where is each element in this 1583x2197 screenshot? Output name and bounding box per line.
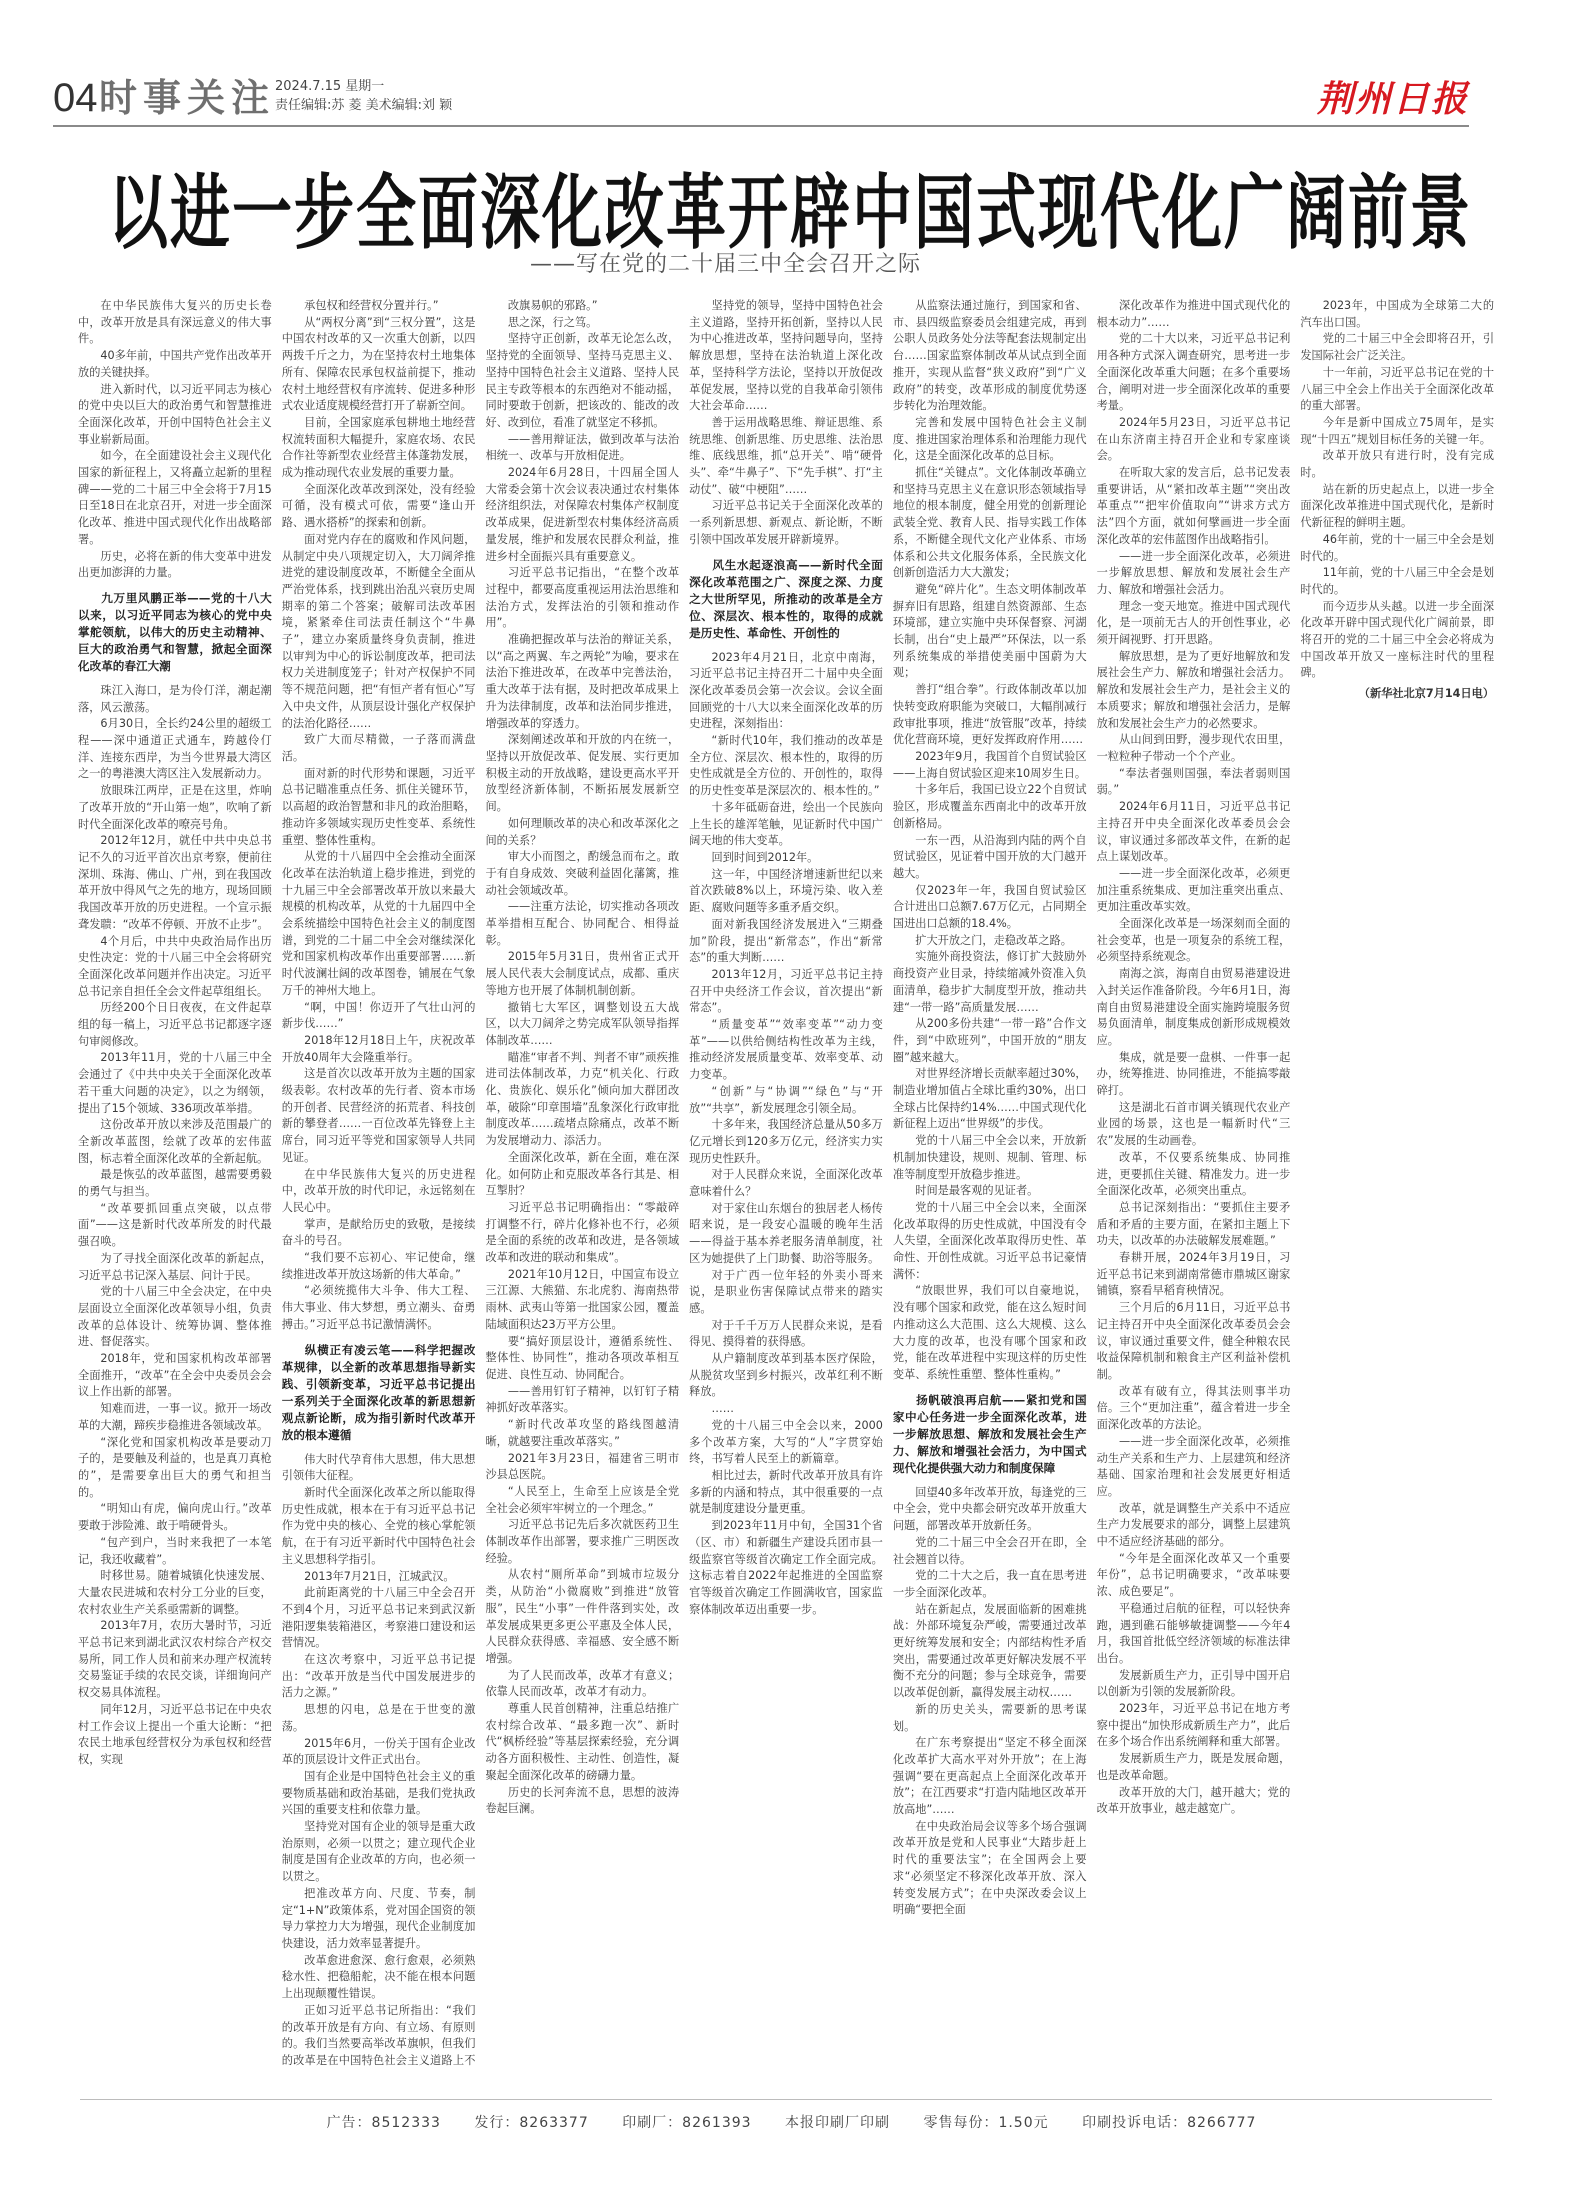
paragraph: 发展新质生产力，既是发展命题，也是改革命题。 (1097, 1751, 1291, 1784)
paragraph: 从农村“厕所革命”到城市垃圾分类，从防治“小微腐败”到推进“放管服”，民生“小事… (485, 1567, 679, 1667)
paragraph: 2023年9月，我国首个自贸试验区——上海自贸试验区迎来10周岁生日。 (893, 749, 1087, 782)
paragraph: “新时代10年，我们推动的改革是全方位、深层次、根本性的，取得的历史性成就是全方… (689, 733, 883, 800)
paragraph: 从山间到田野，漫步现代农田里，一粒粒种子带动一个个产业。 (1097, 732, 1291, 765)
paragraph: 审大小而图之，酌缓急而布之。敢于有自身成效、突破利益固化藩篱，推动社会领域改革。 (485, 849, 679, 899)
paragraph: 2021年3月23日，福建省三明市沙县总医院。 (485, 1451, 679, 1484)
paragraph: 承包权和经营权分置并行。” (282, 298, 476, 315)
paragraph: 改革开放只有进行时，没有完成时。 (1300, 448, 1494, 481)
paragraph: 撤销七大军区，调整划设五大战区，以大刀阔斧之势完成军队领导指挥体制改革…… (485, 1000, 679, 1050)
paragraph: 2024年6月11日，习近平总书记主持召开中央全面深化改革委员会会议，审议通过多… (1097, 799, 1291, 866)
paragraph: 党的十八届三中全会决定，在中央层面设立全面深化改革领导小组，负责改革的总体设计、… (78, 1284, 272, 1351)
footer-printer-note: 本报印刷厂印刷 (785, 2115, 890, 2131)
paragraph: 平稳通过启航的征程，可以轻快奔跑，遇到礁石能够敏捷调整——今年4月，我国首批低空… (1097, 1601, 1291, 1668)
paragraph: 最是恢弘的改革蓝图，越需要勇毅的勇气与担当。 (78, 1167, 272, 1200)
footer-complaint-phone: 印刷投诉电话：8266777 (1082, 2115, 1256, 2131)
paragraph: 而今迈步从头越。以进一步全面深化改革开辟中国式现代化广阔前景，即将召开的党的二十… (1300, 599, 1494, 683)
paragraph: 全面深化改革，新在全面，难在深化。如何防止和克服改革各行其是、相互掣肘？ (485, 1150, 679, 1200)
newspaper-logo: 荆州日报 (1317, 75, 1469, 123)
paragraph: 思之深，行之笃。 (485, 315, 679, 332)
article-dateline: （新华社北京7月14日电） (1300, 686, 1494, 703)
paragraph: 十一年前，习近平总书记在党的十八届三中全会上作出关于全面深化改革的重大部署。 (1300, 365, 1494, 415)
paragraph: 时间是最客观的见证者。 (893, 1183, 1087, 1200)
paragraph: 党的十八届三中全会以来，2000多个改革方案，大写的“人”字贯穿始终，书写着人民… (689, 1418, 883, 1468)
paragraph: 对于广西一位年轻的外卖小哥来说，是职业伤害保障试点带来的踏实感。 (689, 1268, 883, 1318)
paragraph: ——进一步全面深化改革，必须更加注重系统集成、更加注重突出重点、更加注重改革实效… (1097, 866, 1291, 916)
paragraph: 正如习近平总书记所指出：“我们的改革开放是有方向、有立场、有原则的。我们当然要高… (282, 2003, 476, 2068)
paragraph: “包产到户，当时来我把了一本笔记，我还收藏着”。 (78, 1535, 272, 1568)
paragraph: 南海之滨，海南自由贸易港建设进入封关运作准备阶段。今年6月1日，海南自由贸易港建… (1097, 966, 1291, 1050)
paragraph: 2013年11月，党的十八届三中全会通过了《中共中央关于全面深化改革若干重大问题… (78, 1050, 272, 1117)
paragraph: 2021年10月12日，中国宣布设立三江源、大熊猫、东北虎豹、海南热带雨林、武夷… (485, 1267, 679, 1334)
paragraph: ——进一步全面深化改革，必须进一步解放思想、解放和发展社会生产力、解放和增强社会… (1097, 549, 1291, 599)
paragraph: 发展新质生产力，正引导中国开启以创新为引领的发展新阶段。 (1097, 1668, 1291, 1701)
paragraph: 目前，全国家庭承包耕地土地经营权流转面积大幅提升，家庭农场、农民合作社等新型农业… (282, 415, 476, 482)
paragraph: 扩大开放之门，走稳改革之路。 (893, 933, 1087, 950)
paragraph: “创新”与“协调”“绿色”与“开放”“共享”，新发展理念引领全局。 (689, 1084, 883, 1117)
paragraph: “改革要抓回重点突破，以点带面”——这是新时代改革所发的时代最强召唤。 (78, 1201, 272, 1251)
paragraph: “啊，中国！你迈开了气壮山河的新步伐……” (282, 1000, 476, 1033)
paragraph: 40多年前，中国共产党作出改革开放的关键抉择。 (78, 348, 272, 381)
paragraph: “人民至上，生命至上应该是全党全社会必须牢牢树立的一个理念。” (485, 1484, 679, 1517)
paragraph: “明知山有虎，偏向虎山行。”改革要敢于涉险滩、敢于啃硬骨头。 (78, 1501, 272, 1534)
text-column: 深化改革作为推进中国式现代化的根本动力”……党的二十大以来，习近平总书记利用各种… (1097, 298, 1291, 2068)
text-column: 从监察法通过施行，到国家和省、市、县四级监察委员会组建完成，再到公职人员政务处分… (893, 298, 1087, 2068)
paragraph: 放眼珠江两岸，正是在这里，炸响了改革开放的“开山第一炮”，吹响了新时代全面深化改… (78, 783, 272, 833)
paragraph: 相比过去，新时代改革开放具有许多新的内涵和特点，其中很重要的一点就是制度建设分量… (689, 1468, 883, 1518)
paragraph: 4个月后，中共中央政治局作出历史性决定：党的十八届三中全会将研究全面深化改革问题… (78, 934, 272, 1001)
masthead: 04 时事关注 2024.7.15 星期一 责任编辑:苏 菱 美术编辑:刘 颖 … (53, 75, 1469, 125)
paragraph: 这份改革开放以来涉及范围最广的全新改革蓝图，绘就了改革的宏伟蓝图，标志着全面深化… (78, 1117, 272, 1167)
paragraph: 仅2023年一年，我国自贸试验区合计进出口总额7.67万亿元，占同期全国进出口总… (893, 883, 1087, 933)
section-subheading: 九万里风鹏正举——党的十八大以来，以习近平同志为核心的党中央掌舵领航，以伟大的历… (78, 590, 272, 675)
paragraph: 回望40多年改革开放，每逢党的三中全会，党中央都会研究改革开放重大问题，部署改革… (893, 1485, 1087, 1535)
paragraph: “今年是全面深化改革又一个重要年份”，总书记明确要求，“改革味要浓、成色要足”。 (1097, 1551, 1291, 1601)
paragraph: 党的十八届三中全会以来，开放新机制加快建设，规则、规制、管理、标准等制度型开放稳… (893, 1133, 1087, 1183)
paragraph: 在中央政治局会议等多个场合强调改革开放是党和人民事业“大踏步赶上时代的重要法宝”… (893, 1819, 1087, 1919)
paragraph: 进入新时代，以习近平同志为核心的党中央以巨大的政治勇气和智慧推进全面深化改革，开… (78, 382, 272, 449)
paragraph: 2013年7月21日，江城武汉。 (282, 1569, 476, 1586)
paragraph: 历经200个日日夜夜，在文件起草组的每一稿上，习近平总书记都逐字逐句审阅修改。 (78, 1000, 272, 1050)
section-subheading: 扬帆破浪再启航——紧扣党和国家中心任务进一步全面深化改革，进一步解放思想、解放和… (893, 1392, 1087, 1477)
paragraph: 到2023年11月中旬，全国31个省（区、市）和新疆生产建设兵团市县一级监察官等… (689, 1518, 883, 1618)
paragraph: 为了寻找全面深化改革的新起点，习近平总书记深入基层、问计于民。 (78, 1251, 272, 1284)
paragraph: 改革开放的大门，越开越大；党的改革开放事业，越走越宽广。 (1097, 1785, 1291, 1818)
paragraph: 回到时间到2012年。 (689, 850, 883, 867)
paragraph: 善打“组合拳”。行政体制改革以加快转变政府职能为突破口，大幅削减行政审批事项，推… (893, 682, 1087, 749)
paragraph: 从200多份共建“一带一路”合作文件，到“中欧班列”，中国开放的“朋友圈”越来越… (893, 1016, 1087, 1066)
paragraph: 习近平总书记先后多次就医药卫生体制改革作出部署，要求推广三明医改经验。 (485, 1517, 679, 1567)
paragraph: 一东一西，从沿海到内陆的两个自贸试验区，见证着中国开放的大门越开越大。 (893, 833, 1087, 883)
paragraph: 善于运用战略思维、辩证思维、系统思维、创新思维、历史思维、法治思维、底线思维，抓… (689, 415, 883, 499)
paragraph: 46年前，党的十一届三中全会是划时代的。 (1300, 532, 1494, 565)
paragraph: 思想的闪电，总是在于世变的激荡。 (282, 1702, 476, 1735)
paragraph: 坚持党对国有企业的领导是重大政治原则，必须一以贯之；建立现代企业制度是国有企业改… (282, 1819, 476, 1886)
paragraph: 国有企业是中国特色社会主义的重要物质基础和政治基础，是我们党执政兴国的重要支柱和… (282, 1769, 476, 1819)
paragraph: 十多年来，我国经济总量从50多万亿元增长到120多万亿元，经济实力实现历史性跃升… (689, 1117, 883, 1167)
paragraph: 面对新的时代形势和课题，习近平总书记瞄准重点任务、抓住关键环节，以高超的政治智慧… (282, 766, 476, 850)
paragraph: 为了人民而改革，改革才有意义；依靠人民而改革，改革才有动力。 (485, 1668, 679, 1701)
paragraph: 在中华民族伟大复兴的历史进程中，改革开放的时代印记，永远铭刻在人民心中。 (282, 1167, 476, 1217)
paragraph: 三个月后的6月11日，习近平总书记主持召开中央全面深化改革委员会会议，审议通过重… (1097, 1300, 1291, 1384)
text-column: 坚持党的领导，坚持中国特色社会主义道路，坚持开拓创新，坚持以人民为中心推进改革，… (689, 298, 883, 2068)
paragraph: 历史，必将在新的伟大变革中进发出更加澎湃的力量。 (78, 549, 272, 582)
paragraph: 掌声，是献给历史的致敬，是接续奋斗的号召。 (282, 1217, 476, 1250)
paragraph: 实施外商投资法，修订扩大鼓励外商投资产业目录，持续缩减外资准入负面清单，稳步扩大… (893, 949, 1087, 1016)
paragraph: 抓住“关键点”。文化体制改革确立和坚持马克思主义在意识形态领域指导地位的根本制度… (893, 465, 1087, 582)
paragraph: 深化改革作为推进中国式现代化的根本动力”…… (1097, 298, 1291, 331)
paragraph: 站在新的历史起点上，以进一步全面深化改革推进中国式现代化，是新时代新征程的鲜明主… (1300, 482, 1494, 532)
paragraph: 改旗易帜的邪路。” (485, 298, 679, 315)
paragraph: 今年是新中国成立75周年，是实现“十四五”规划目标任务的关键一年。 (1300, 415, 1494, 448)
paragraph: 这一年，中国经济增速新世纪以来首次跌破8%以上，环境污染、收入差距、腐败问题等多… (689, 867, 883, 917)
paragraph: 对于千千万万人民群众来说，是看得见、摸得着的获得感。 (689, 1318, 883, 1351)
paragraph: 2023年，习近平总书记在地方考察中提出“加快形成新质生产力”，此后在多个场合作… (1097, 1701, 1291, 1751)
text-column: 承包权和经营权分置并行。”从“两权分离”到“三权分置”，这是中国农村改革的又一次… (282, 298, 476, 2068)
paragraph: 2013年12月，习近平总书记主持召开中央经济工作会议，首次提出“新常态”。 (689, 967, 883, 1017)
paragraph: 2024年6月28日，十四届全国人大常委会第十次会议表决通过农村集体经济组织法，… (485, 465, 679, 565)
paragraph: 2023年4月21日，北京中南海，习近平总书记主持召开二十届中央全面深化改革委员… (689, 650, 883, 734)
footer-printer-phone: 印刷厂：8261393 (622, 2115, 751, 2131)
paragraph: 把准改革方向、尺度、节奏，制定“1+N”政策体系，党对国企国资的领导力掌控力大为… (282, 1886, 476, 1953)
paragraph: 准确把握改革与法治的辩证关系，以“高之两翼、车之两轮”为喻，要求在法治下推进改革… (485, 632, 679, 732)
paragraph: 在中华民族伟大复兴的历史长卷中，改革开放是具有深远意义的伟大事件。 (78, 298, 272, 348)
page-number: 04 (53, 75, 98, 121)
paragraph: 改革有破有立，得其法则事半功倍。三个“更加注重”，蕴含着进一步全面深化改革的方法… (1097, 1384, 1291, 1434)
paragraph: 党的二十大之后，我一直在思考进一步全面深化改革。 (893, 1568, 1087, 1601)
paragraph: 从监察法通过施行，到国家和省、市、县四级监察委员会组建完成，再到公职人员政务处分… (893, 298, 1087, 415)
paragraph: 十多年砥砺奋进，绘出一个民族向上生长的雄浑笔触，见证新时代中国广阔天地的伟大变革… (689, 800, 883, 850)
paragraph: “奉法者强则国强，奉法者弱则国弱。” (1097, 766, 1291, 799)
section-title: 时事关注 (99, 75, 275, 121)
paragraph: 总书记深刻指出：“要抓住主要矛盾和矛盾的主要方面，在紧扣主题上下功夫，以改革的办… (1097, 1200, 1291, 1250)
paragraph: 11年前，党的十八届三中全会是划时代的。 (1300, 565, 1494, 598)
paragraph: 新的历史关头，需要新的思考谋划。 (893, 1702, 1087, 1735)
paragraph: 知难而进，一事一议。掀开一场改革的大潮，蹄疾步稳推进各领域改革。 (78, 1401, 272, 1434)
paragraph: “质量变革”“效率变革”“动力变革”——以供给侧结构性改革为主线，推动经济发展质… (689, 1017, 883, 1084)
paragraph: 改革，不仅要系统集成、协同推进，更要抓住关键、精准发力。进一步全面深化改革，必须… (1097, 1150, 1291, 1200)
footer-retail-price: 零售每份：1.50元 (923, 2115, 1048, 2131)
footer-divider (80, 2099, 1492, 2100)
paragraph: 集成，就是要一盘棋、一件事一起办，统筹推进、协同推进，不能搞零敲碎打。 (1097, 1050, 1291, 1100)
paragraph: 对世界经济增长贡献率超过30%，制造业增加值占全球比重约30%，出口全球占比保持… (893, 1066, 1087, 1133)
paragraph: 2013年7月，农历大暑时节，习近平总书记来到湖北武汉农村综合产权交易所，同工作… (78, 1618, 272, 1702)
paragraph: 2018年，党和国家机构改革部署全面推开，“改革”在全会中央委员会会议上作出新的… (78, 1351, 272, 1401)
article-body: 在中华民族伟大复兴的历史长卷中，改革开放是具有深远意义的伟大事件。40多年前，中… (78, 298, 1494, 2068)
issue-date: 2024.7.15 星期一 (275, 79, 384, 95)
paragraph: 改革，就是调整生产关系中不适应生产力发展要求的部分，调整上层建筑中不适应经济基础… (1097, 1501, 1291, 1551)
paragraph: 此前距离党的十八届三中全会召开不到4个月，习近平总书记来到武汉新港阳逻集装箱港区… (282, 1585, 476, 1652)
paragraph: 党的二十届三中全会召开在即，全社会翘首以待。 (893, 1535, 1087, 1568)
paragraph: 2015年5月31日，贵州省正式开展人民代表大会制度试点，成都、重庆等地方也开展… (485, 949, 679, 999)
paragraph: 2024年5月23日，习近平总书记在山东济南主持召开企业和专家座谈会。 (1097, 415, 1291, 465)
paragraph: 对于人民群众来说，全面深化改革意味着什么？ (689, 1167, 883, 1200)
paragraph: 在这次考察中，习近平总书记提出：“改革开放是当代中国发展进步的活力之源。” (282, 1652, 476, 1702)
paragraph: 站在新起点，发展面临新的困难挑战：外部环境复杂严峻，需要通过改革更好统筹发展和安… (893, 1602, 1087, 1702)
paragraph: 从“两权分离”到“三权分置”，这是中国农村改革的又一次重大创新，以四两拨千斤之力… (282, 315, 476, 415)
article-subtitle: ——写在党的二十届三中全会召开之际 (530, 250, 1050, 280)
paragraph: 时移世易。随着城镇化快速发展、大量农民进城和农村分工分业的巨变，农村农业生产关系… (78, 1568, 272, 1618)
footer: 广告：8512333 发行：8263377 印刷厂：8261393 本报印刷厂印… (0, 2112, 1583, 2132)
paragraph: 从党的十八届四中全会推动全面深化改革在法治轨道上稳步推进，到党的十九届三中全会部… (282, 849, 476, 999)
paragraph: 同年12月，习近平总书记在中央农村工作会议上提出一个重大论断：“把农民土地承包经… (78, 1702, 272, 1769)
paragraph: 党的二十届三中全会即将召开，引发国际社会广泛关注。 (1300, 331, 1494, 364)
paragraph: 伟大时代孕育伟大思想，伟大思想引领伟大征程。 (282, 1452, 476, 1485)
paragraph: 改革愈进愈深、愈行愈艰，必须熟稔水性、把稳船舵，决不能在根本问题上出现颠覆性错误… (282, 1953, 476, 2003)
paragraph: “深化党和国家机构改革是要动刀子的，是要触及利益的，也是真刀真枪的”，是需要拿出… (78, 1435, 272, 1502)
paragraph: 党的二十大以来，习近平总书记利用各种方式深入调查研究，思考进一步全面深化改革重大… (1097, 331, 1291, 415)
paragraph: 党的十八届三中全会以来，全面深化改革取得的历史性成就，中国没有令人失望，全面深化… (893, 1200, 1087, 1284)
paragraph: 习近平总书记明确指出：“零敲碎打调整不行，碎片化修补也不行，必须是全面的系统的改… (485, 1200, 679, 1267)
paragraph: 习近平总书记指出，“在整个改革过程中，都要高度重视运用法治思维和法治方式，发挥法… (485, 565, 679, 632)
paragraph: 2023年，中国成为全球第二大的汽车出口国。 (1300, 298, 1494, 331)
footer-ad-phone: 广告：8512333 (327, 2115, 441, 2131)
paragraph: 珠江入海口，是为伶仃洋，潮起潮落，风云激荡。 (78, 683, 272, 716)
footer-distribution-phone: 发行：8263377 (474, 2115, 588, 2131)
paragraph: 全面深化改革是一场深刻而全面的社会变革，也是一项复杂的系统工程，必须坚持系统观念… (1097, 916, 1291, 966)
paragraph: 2015年6月，一份关于国有企业改革的顶层设计文件正式出台。 (282, 1736, 476, 1769)
paragraph: “放眼世界，我们可以自豪地说，没有哪个国家和政党，能在这么短时间内推动这么大范围… (893, 1283, 1087, 1383)
paragraph: 6月30日，全长约24公里的超级工程——深中通道正式通车，跨越伶仃洋、连接东西岸… (78, 716, 272, 783)
paragraph: ——善用钉钉子精神，以钉钉子精神抓好改革落实。 (485, 1384, 679, 1417)
text-column: 改旗易帜的邪路。”思之深，行之笃。坚持守正创新，改革无论怎么改，坚持党的全面领导… (485, 298, 679, 2068)
paragraph: 2012年12月，就任中共中央总书记不久的习近平首次出京考察，便前往深圳、珠海、… (78, 833, 272, 933)
paragraph: “新时代改革攻坚的路线图越清晰，就越要注重改革落实。” (485, 1417, 679, 1450)
paragraph: 习近平总书记关于全面深化改革的一系列新思想、新观点、新论断，不断引领中国改革发展… (689, 498, 883, 548)
paragraph: 坚持守正创新，改革无论怎么改，坚持党的全面领导、坚持马克思主义、坚持中国特色社会… (485, 331, 679, 431)
section-subheading: 纵横正有凌云笔——科学把握改革规律，以全新的改革思想指导新实践、引领新变革，习近… (282, 1342, 476, 1444)
text-column: 在中华民族伟大复兴的历史长卷中，改革开放是具有深远意义的伟大事件。40多年前，中… (78, 298, 272, 2068)
paragraph: 瞄准“审者不判、判者不审”顽疾推进司法体制改革，力克“机关化、行政化、贵族化、娱… (485, 1050, 679, 1150)
paragraph: 这是首次以改革开放为主题的国家级表彰。农村改革的先行者、资本市场的开创者、民营经… (282, 1066, 476, 1166)
paragraph: 春耕开展，2024年3月19日，习近平总书记来到湖南常德市鼎城区谢家铺镇，察看早… (1097, 1250, 1291, 1300)
paragraph: 历史的长河奔流不息，思想的波涛卷起巨澜。 (485, 1785, 679, 1818)
paragraph: 理念一变天地宽。推进中国式现代化，是一项前无古人的开创性事业，必须开阔视野、打开… (1097, 599, 1291, 649)
paragraph: 新时代全面深化改革之所以能取得历史性成就，根本在于有习近平总书记作为党中央的核心… (282, 1485, 476, 1569)
paragraph: 对于家住山东烟台的独居老人杨传昭来说，是一段安心温暖的晚年生活——得益于基本养老… (689, 1201, 883, 1268)
paragraph: ——善用辩证法，做到改革与法治相统一、改革与开放相促进。 (485, 432, 679, 465)
paragraph: 如何理顺改革的决心和改革深化之间的关系？ (485, 816, 679, 849)
paragraph: 在听取大家的发言后，总书记发表重要讲话，从“紧扣改革主题”“突出改革重点”“把牢… (1097, 465, 1291, 549)
paragraph: …… (689, 1401, 883, 1418)
paragraph: 这是湖北石首市调关镇现代农业产业园的场景，这也是一幅新时代“三农”发展的生动画卷… (1097, 1100, 1291, 1150)
paragraph: 面对党内存在的腐败和作风问题，从制定中央八项规定切入，大刀阔斧推进党的建设制度改… (282, 532, 476, 732)
paragraph: 面对新我国经济发展进入“三期叠加”阶段，提出“新常态”，作出“新常态”的重大判断… (689, 917, 883, 967)
paragraph: 从户籍制度改革到基本医疗保险，从脱贫攻坚到乡村振兴，改革红利不断释放。 (689, 1351, 883, 1401)
paragraph: 完善和发展中国特色社会主义制度、推进国家治理体系和治理能力现代化，这是全面深化改… (893, 415, 1087, 465)
paragraph: 要“搞好顶层设计，遵循系统性、整体性、协同性”，推动各项改革相互促进、良性互动、… (485, 1334, 679, 1384)
paragraph: ——注重方法论，切实推动各项改革举措相互配合、协同配合、相得益彰。 (485, 899, 679, 949)
section-subheading: 风生水起逐浪高——新时代全面深化改革范围之广、深度之深、力度之大世所罕见，所推动… (689, 557, 883, 642)
paragraph: 十多年后，我国已设立22个自贸试验区，形成覆盖东西南北中的改革开放创新格局。 (893, 782, 1087, 832)
paragraph: 尊重人民首创精神，注重总结推广农村综合改革、“最多跑一次”、新时代“枫桥经验”等… (485, 1701, 679, 1785)
paragraph: 解放思想，是为了更好地解放和发展社会生产力、解放和增强社会活力。解放和发展社会生… (1097, 649, 1291, 733)
paragraph: 2018年12月18日上午，庆祝改革开放40周年大会隆重举行。 (282, 1033, 476, 1066)
text-column: 2023年，中国成为全球第二大的汽车出口国。党的二十届三中全会即将召开，引发国际… (1300, 298, 1494, 2068)
paragraph: 深刻阐述改革和开放的内在统一，坚持以开放促改革、促发展、实行更加积极主动的开放战… (485, 732, 679, 816)
paragraph: 避免“碎片化”。生态文明体制改革摒弃旧有思路，组建自然资源部、生态环境部，建立实… (893, 582, 1087, 682)
paragraph: “必须统揽伟大斗争、伟大工程、伟大事业、伟大梦想，勇立潮头、奋勇搏击。”习近平总… (282, 1283, 476, 1333)
paragraph: 坚持党的领导，坚持中国特色社会主义道路，坚持开拓创新，坚持以人民为中心推进改革，… (689, 298, 883, 415)
paragraph: 在广东考察提出“坚定不移全面深化改革扩大高水平对外开放”；在上海强调“要在更高起… (893, 1735, 1087, 1819)
paragraph: ——进一步全面深化改革，必须推动生产关系和生产力、上层建筑和经济基础、国家治理和… (1097, 1434, 1291, 1501)
paragraph: “我们要不忘初心、牢记使命，继续推进改革开放这场新的伟大革命。” (282, 1250, 476, 1283)
paragraph: 致广大而尽精微，一子落而满盘活。 (282, 732, 476, 765)
paragraph: 全面深化改革改到深处，没有经验可循，没有模式可依，需要“逢山开路、遇水搭桥”的探… (282, 482, 476, 532)
header-divider (53, 125, 1469, 127)
editors-credit: 责任编辑:苏 菱 美术编辑:刘 颖 (275, 98, 452, 114)
paragraph: 如今，在全面建设社会主义现代化国家的新征程上，又将矗立起新的里程碑——党的二十届… (78, 448, 272, 548)
